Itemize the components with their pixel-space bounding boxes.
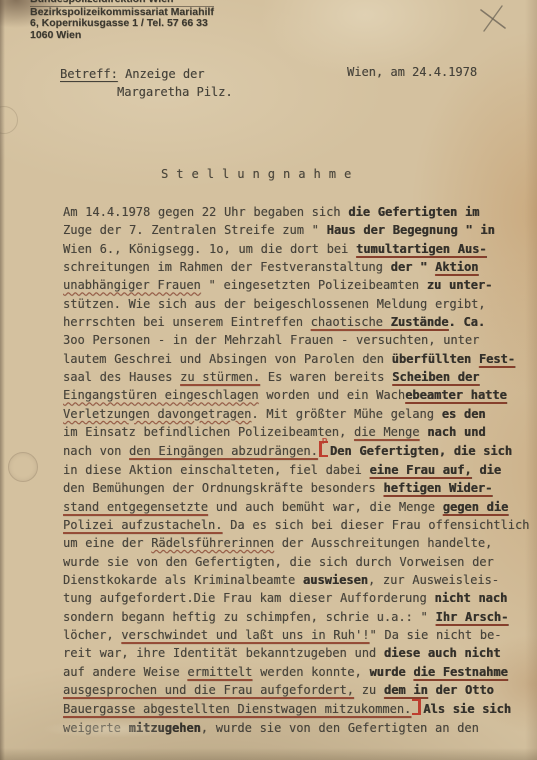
text-segment: . Ca. [448,315,485,329]
scanned-document-page: Bundespolizeidirektion Wien Bezirkspoliz… [0,0,537,760]
subject-line-1: Betreff: Anzeige der [60,65,233,83]
red-bracket-open: P [319,441,328,457]
subject-text: Anzeige der [118,67,205,81]
paper-stain [20,716,200,742]
text-segment: ausgesprochen und die Frau aufgefordert, [63,683,354,697]
text-segment: Den Gefertigten, die sich [330,444,512,458]
text-segment: es den [442,407,486,421]
text-segment: " eingesetzten Polizeibeamten [201,278,427,292]
text-segment: gegen die [443,500,509,514]
text-line: schreitungen im Rahmen der Festveranstal… [63,258,529,276]
document-heading: S t e l l u n g n a h m e [161,167,352,181]
text-segment: Scheiben der [392,370,479,384]
text-line: Dienstkokarde als Kriminalbeamte auswies… [63,571,529,589]
text-segment: Verletzungen davongetragen [63,407,251,421]
text-segment: nach von [63,444,129,458]
text-line: lautem Geschrei und Absingen von Parolen… [63,350,529,368]
text-segment: schreitungen im Rahmen der Festveranstal… [63,260,391,274]
text-segment: Eingangstüren eingeschlagen [63,388,259,402]
text-line: löcher, verschwindet und laßt uns in Ruh… [63,626,529,644]
text-segment: unabhängiger Frauen [63,278,201,292]
text-segment: Am 14.4.1978 gegen 22 Uhr begaben sich [63,205,348,219]
text-segment: wurde sie von den Gefertigten, die sich … [63,555,494,569]
text-segment: zu unter- [427,278,493,292]
text-line: im Einsatz befindlichen Polizeibeamten, … [63,423,529,441]
text-line: auf andere Weise ermittelt werden konnte… [63,663,529,681]
text-segment: lautem Geschrei und Absingen von Parolen… [63,352,392,366]
subject-line-2: Margaretha Pilz. [117,83,233,101]
text-segment: " Da sie nicht be- [369,628,501,642]
letterhead-address: 6, Kopernikusgasse 1 / Tel. 57 66 33 [30,18,214,30]
subject-block: Betreff: Anzeige der Margaretha Pilz. [60,65,233,101]
text-line: in diese Aktion einschalteten, fiel dabe… [63,461,529,479]
text-line: Verletzungen davongetragen. Mit größter … [63,405,529,423]
text-segment: im Einsatz befindlichen Polizeibeamten, [63,425,354,439]
text-segment: den Bemühungen der Ordnungskräfte besond… [63,481,383,495]
text-segment: Ihr Arsch- [435,610,508,624]
text-line: reit war, ihre Identität bekanntzugeben … [63,644,529,662]
text-line: Eingangstüren eingeschlagen worden und e… [63,386,529,404]
text-segment: Es waren bereits [260,370,392,384]
text-segment: heftigen Wider- [383,481,492,495]
text-segment: worden und ein Wach [259,388,406,402]
text-line: herrschten bei unserem Eintreffen chaoti… [63,313,529,331]
pencil-x-icon [475,2,511,38]
red-bracket-close [412,699,421,715]
text-segment: reit war, ihre Identität bekanntzugeben … [63,646,384,660]
text-line: Am 14.4.1978 gegen 22 Uhr begaben sich d… [63,203,529,221]
text-segment: Dienstkokarde als Kriminalbeamte [63,573,303,587]
text-line: 3oo Personen - in der Mehrzahl Frauen - … [63,331,529,349]
text-segment: , wurde sie von den Gefertigten an den [201,721,479,735]
text-segment: tung aufgefordert.Die Frau kam dieser Au… [63,591,434,605]
text-line: unabhängiger Frauen " eingesetzten Poliz… [63,276,529,294]
text-line: den Bemühungen der Ordnungskräfte besond… [63,479,529,497]
text-segment: Zustände [391,315,449,329]
text-segment: Als sie sich [423,702,511,716]
body-text: Am 14.4.1978 gegen 22 Uhr begaben sich d… [63,203,529,737]
text-segment: zu stürmen. [180,370,260,384]
text-segment: um eine der [63,536,151,550]
text-segment: Aktion [435,260,478,274]
text-segment: nicht nach [434,591,507,605]
text-line: Zuge der 7. Zentralen Streife zum " Haus… [63,221,529,239]
text-line: nach von den Eingängen abzudrängen.PDen … [63,441,529,460]
text-segment: herrschten bei unserem Eintreffen [63,315,311,329]
text-segment: . Mit größter Mühe gelang [251,407,441,421]
text-segment: wurde [369,665,413,679]
text-segment: diese auch nicht [384,646,501,660]
text-line: sondern begann heftig zu schimpfen, schr… [63,608,529,626]
text-line: stützen. Wie sich aus der beigeschlossen… [63,295,529,313]
text-segment: den Eingängen abzudrängen. [129,444,318,458]
text-segment: stützen. Wie sich aus der beigeschlossen… [63,297,486,311]
text-segment: eine Frau auf, [369,463,471,477]
letterhead: Bundespolizeidirektion Wien Bezirkspoliz… [30,0,214,41]
text-segment: ermittelt [187,665,252,679]
text-segment: der Otto [428,683,494,697]
text-segment: Polizei aufzustacheln. [63,518,222,532]
red-annotation: P [322,433,327,451]
text-segment: werden konnte, [252,665,369,679]
text-line: um eine der Rädelsführerinnen der Aussch… [63,534,529,552]
text-segment: , zur Ausweisleis- [368,573,499,587]
text-segment: verschwindet und laßt uns in Ruh'! [121,628,369,642]
text-segment: Zuge der 7. Zentralen Streife zum " [63,223,327,237]
text-segment: löcher, [63,628,121,642]
text-line: Polizei aufzustacheln. Da es sich bei di… [63,516,529,534]
text-line: saal des Hauses zu stürmen. Es waren ber… [63,368,529,386]
embossed-seal-mark [8,452,38,482]
subject-label: Betreff: [60,67,118,81]
text-segment: die Menge [354,425,420,439]
text-segment: chaotische [311,315,391,329]
text-segment: der Ausschreitungen handelte, [274,536,492,550]
text-segment: und auch bemüht war, die Menge [208,500,443,514]
text-segment: die [472,463,501,477]
text-segment: dem in [384,683,428,697]
text-segment: tumultartigen Aus- [356,242,487,256]
text-segment: nach und [420,425,486,439]
text-line: stand entgegensetzte und auch bemüht war… [63,498,529,516]
text-segment: 3oo Personen - in der Mehrzahl Frauen - … [63,333,479,347]
text-segment: die Gefertigten im [348,205,479,219]
text-segment: der " [391,260,435,274]
text-segment: Wien 6., Königsegg. 1o, um die dort bei [63,242,356,256]
text-line: tung aufgefordert.Die Frau kam dieser Au… [63,589,529,607]
text-segment: stand entgegensetzte [63,500,208,514]
text-segment: überfüllten [392,352,479,366]
text-line: wurde sie von den Gefertigten, die sich … [63,553,529,571]
text-segment: die Festnahme [413,665,507,679]
text-segment: in diese Aktion einschalteten, fiel dabe… [63,463,369,477]
text-segment: ebeamter hatte [405,388,507,402]
paper-ring-mark [0,106,18,134]
text-segment: auf andere Weise [63,665,187,679]
text-segment: auswiesen [303,573,368,587]
text-line: ausgesprochen und die Frau aufgefordert,… [63,681,529,699]
text-segment: Da es sich bei dieser Frau offensichtlic… [222,518,529,532]
text-line: Wien 6., Königsegg. 1o, um die dort bei … [63,240,529,258]
letterhead-postcode: 1060 Wien [30,30,214,42]
text-segment: Bauergasse abgestellten Dienstwagen mitz… [63,702,411,716]
text-segment: Fest- [479,352,515,366]
text-segment: saal des Hauses [63,370,180,384]
dateline: Wien, am 24.4.1978 [347,65,477,79]
text-segment: Rädelsführerinnen [151,536,274,550]
text-segment: sondern begann heftig zu schimpfen, schr… [63,610,435,624]
text-segment: zu [354,683,384,697]
text-segment: Haus der Begegnung " in [327,223,495,237]
